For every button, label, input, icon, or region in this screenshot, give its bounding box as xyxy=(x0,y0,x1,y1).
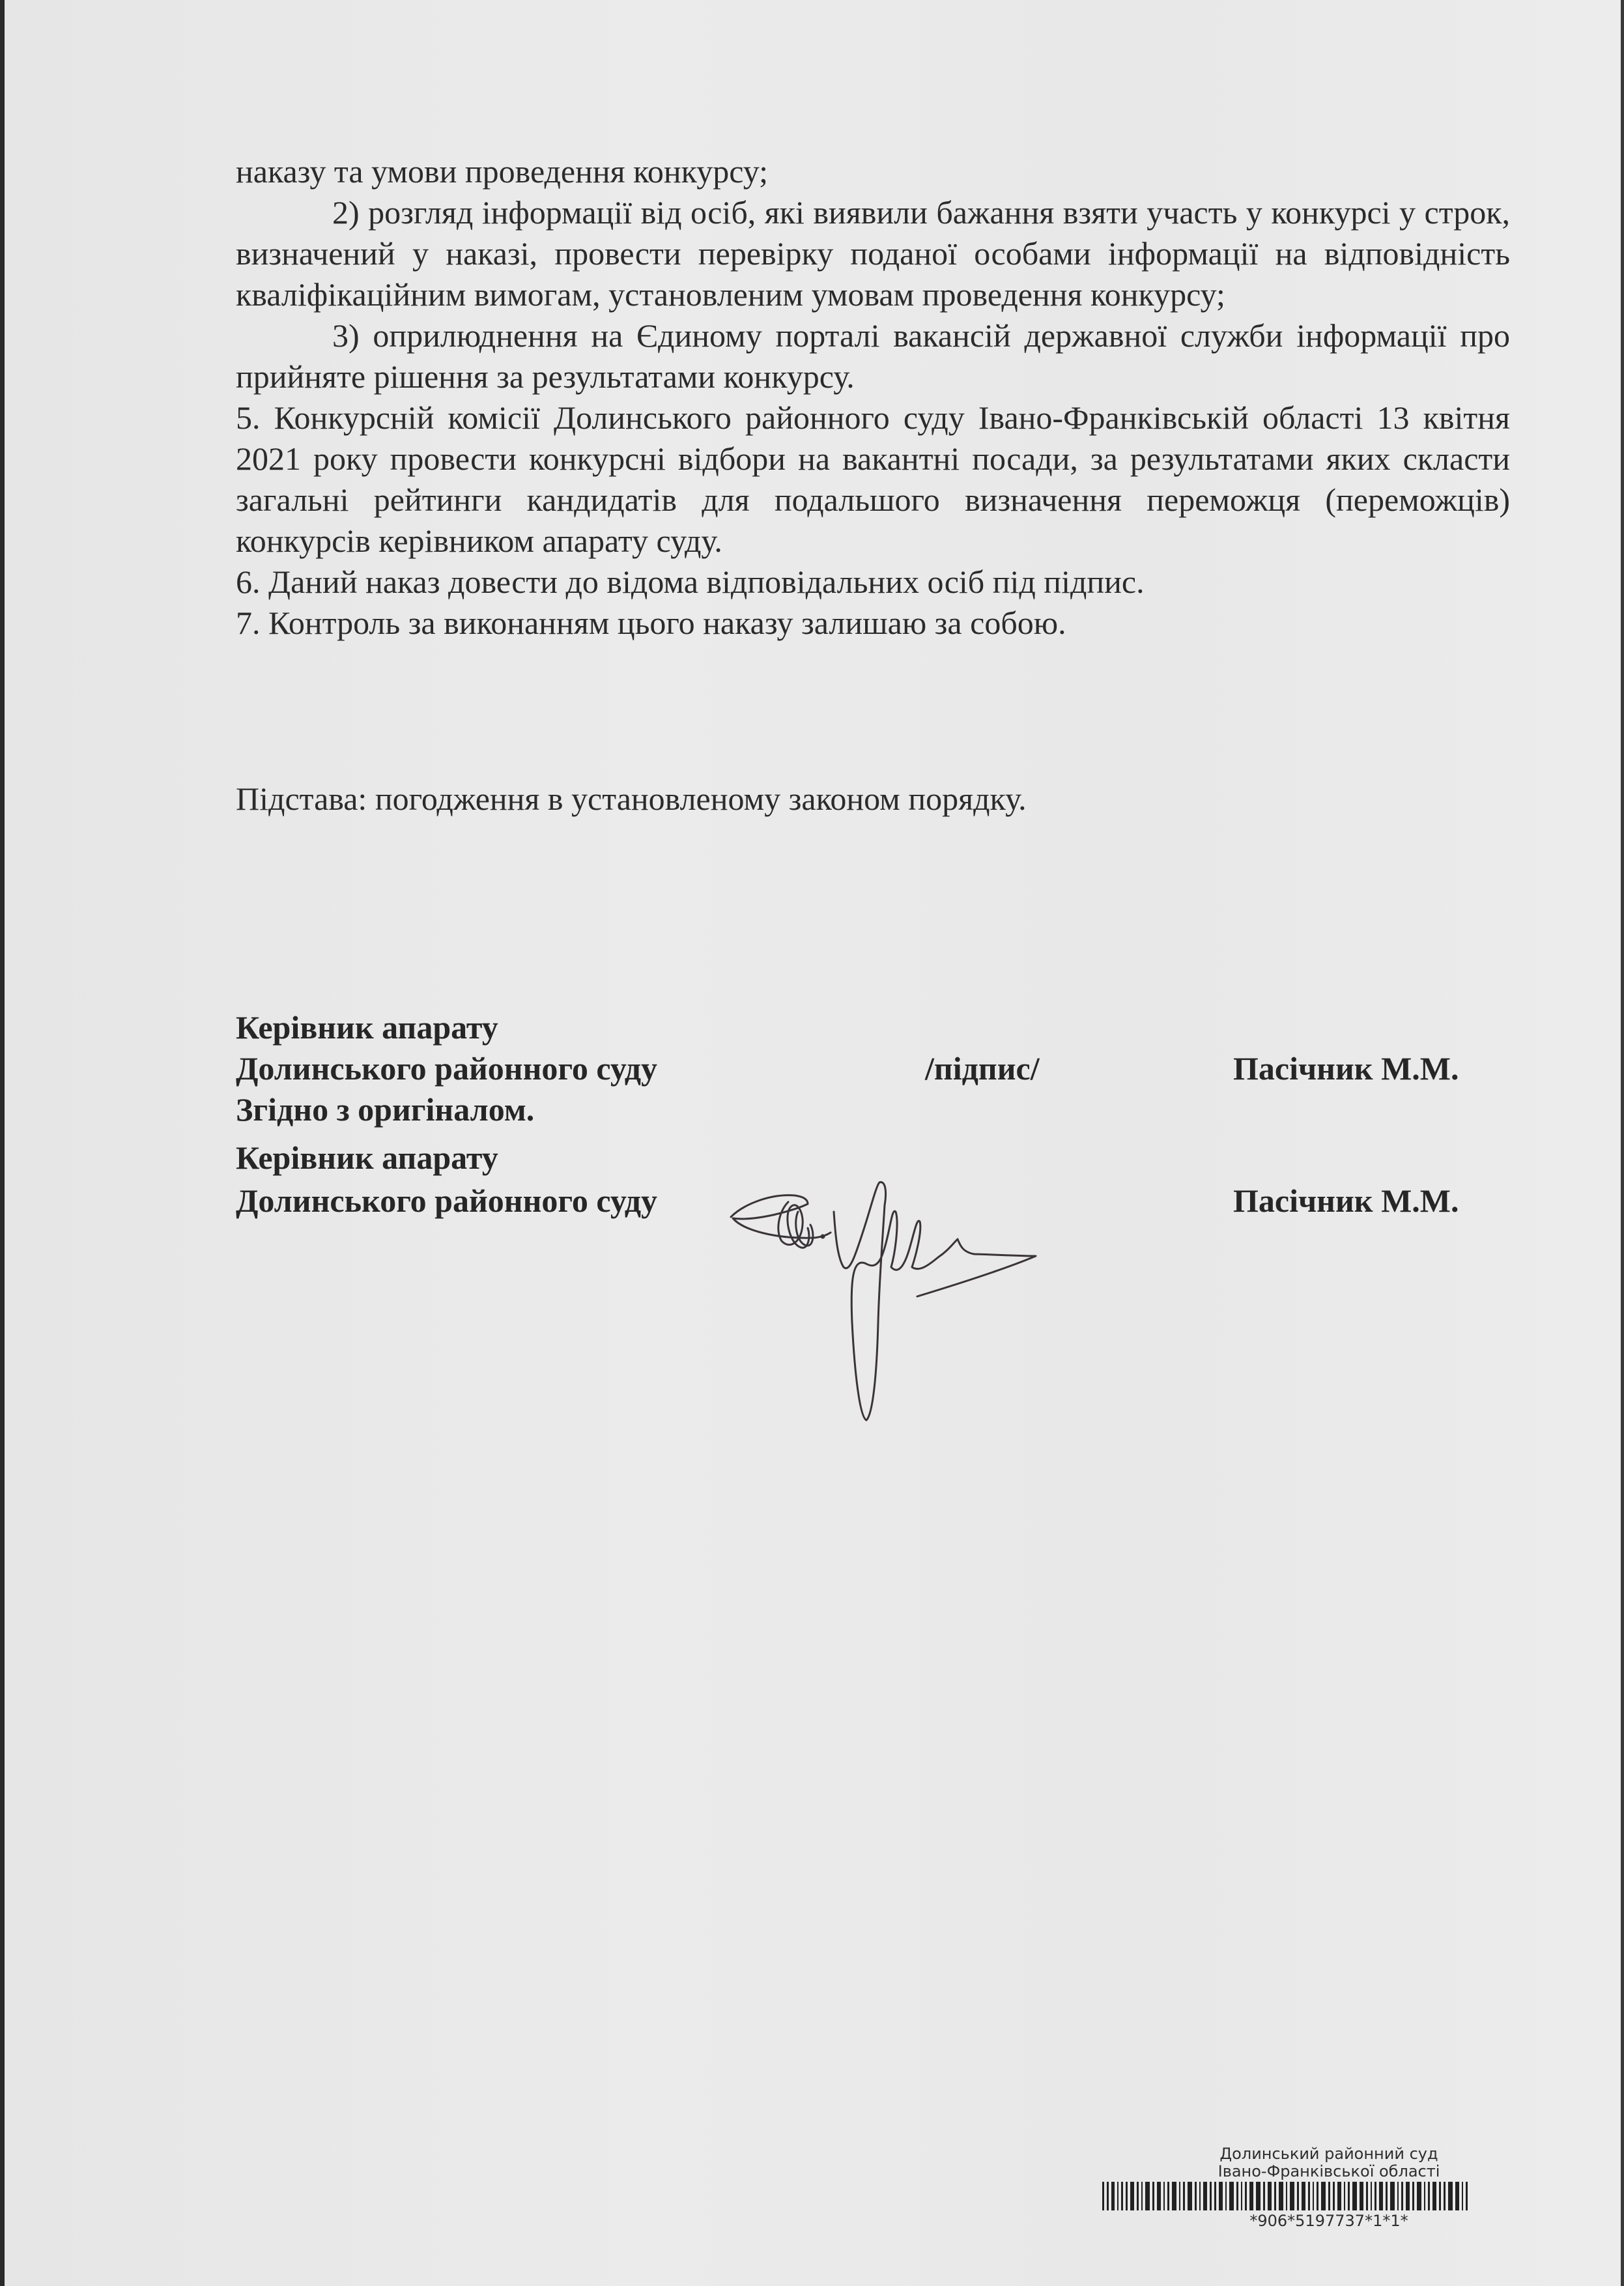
signatory-name: Пасічник М.М. xyxy=(1233,1048,1459,1089)
certifier-position-line1: Керівник апарату xyxy=(236,1137,498,1179)
certifier-position-line2: Долинського районного суду xyxy=(236,1180,657,1222)
registry-stamp: Долинський районний суд Івано-Франківськ… xyxy=(1101,2145,1557,2230)
scan-edge-right xyxy=(1621,0,1624,2286)
document-body: наказу та умови проведення конкурсу; 2) … xyxy=(236,151,1510,644)
barcode-number: *906*5197737*1*1* xyxy=(1101,2212,1557,2230)
paragraph-point-5: 5. Конкурсній комісії Долинського районн… xyxy=(236,397,1510,562)
barcode-icon xyxy=(1102,2182,1557,2210)
signatory-position-line1: Керівник апарату xyxy=(236,1007,498,1048)
signatory-position-line2: Долинського районного суду xyxy=(236,1048,657,1089)
certified-copy-note: Згідно з оригіналом. xyxy=(236,1089,534,1130)
certifier-name: Пасічник М.М. xyxy=(1233,1180,1459,1222)
stamp-region: Івано-Франківської області xyxy=(1101,2163,1557,2180)
signature-placeholder: /підпис/ xyxy=(925,1048,1040,1089)
paragraph-point-6: 6. Даний наказ довести до відома відпові… xyxy=(236,562,1510,603)
stamp-court-name: Долинський районний суд xyxy=(1101,2145,1557,2163)
scan-edge-left xyxy=(0,0,5,2286)
paragraph-continuation: наказу та умови проведення конкурсу; xyxy=(236,151,1510,192)
paragraph-item-2: 2) розгляд інформації від осіб, які вияв… xyxy=(236,192,1510,315)
basis-line: Підстава: погодження в установленому зак… xyxy=(236,779,1027,820)
paragraph-point-7: 7. Контроль за виконанням цього наказу з… xyxy=(236,603,1510,644)
handwritten-signature-icon xyxy=(717,1160,1205,1453)
paragraph-item-3: 3) оприлюднення на Єдиному порталі вакан… xyxy=(236,315,1510,397)
